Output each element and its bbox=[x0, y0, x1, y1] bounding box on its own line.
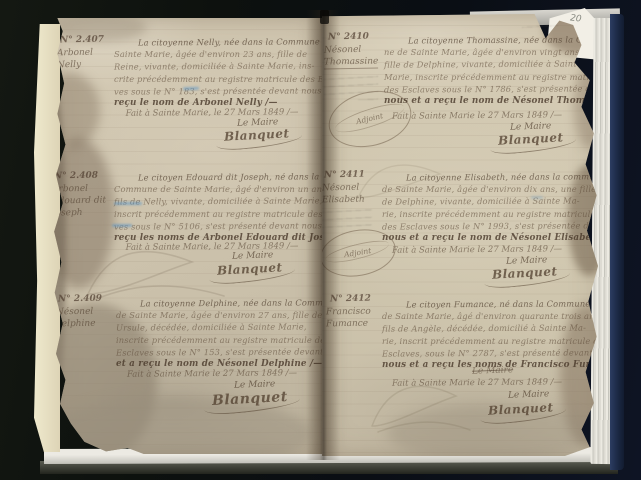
paraphe-text: Adjoint bbox=[344, 247, 372, 259]
entry-number: N° 2411 bbox=[324, 170, 365, 182]
manuscript-line: des Esclaves sous le N° 1993, s'est prés… bbox=[382, 219, 594, 232]
entry-margin-name: ArbonelNelly bbox=[57, 47, 93, 71]
manuscript-line: Ursule, décédée, domiciliée à Sainte Mar… bbox=[116, 321, 318, 334]
manuscript-line: La citoyenne Elisabeth, née dans la comm… bbox=[382, 170, 594, 183]
manuscript-line: fils de Nelly, vivante, domiciliée à Sai… bbox=[114, 195, 318, 208]
manuscript-line: fille de Delphine, vivante, domiciliée à… bbox=[384, 58, 596, 71]
manuscript-line: Thomassine bbox=[324, 56, 379, 70]
manuscript-line: Edouard dit bbox=[52, 195, 106, 208]
pencil-annotation bbox=[322, 209, 372, 229]
entry-margin-name: Nésoneldelphine bbox=[56, 306, 96, 330]
entry-number: N° 2412 bbox=[330, 294, 371, 306]
mayor-signature: Blanquet bbox=[217, 260, 283, 277]
entry-body: Le citoyen Fumance, né dans la Communede… bbox=[382, 298, 594, 371]
manuscript-line: crite précédemment au registre matricule… bbox=[114, 73, 318, 85]
mayor-signature: Blanquet bbox=[224, 126, 290, 143]
blue-pencil-mark bbox=[531, 196, 543, 199]
entry-margin-name: NésonelElisabeth bbox=[322, 182, 365, 206]
manuscript-line: fils de Angèle, décédée, domicilié à Sai… bbox=[382, 322, 594, 335]
manuscript-line: des Esclaves sous le N° 1786, s'est prés… bbox=[384, 82, 596, 95]
scanned-register-spread: N° 2.407 ArbonelNelly La citoyenne Nelly… bbox=[0, 0, 641, 480]
manuscript-line: inscrit précédemment au registre matricu… bbox=[114, 208, 318, 220]
entry-number: N° 2.408 bbox=[54, 171, 98, 183]
entry-closing: Fait à Sainte Marie, le 27 Mars 1849 /— bbox=[122, 241, 302, 254]
manuscript-line: Nésonel bbox=[322, 182, 365, 195]
manuscript-line: Francisco bbox=[326, 306, 371, 319]
entry-role-struck: Le Maire bbox=[472, 365, 514, 377]
entry-number: N° 2.409 bbox=[58, 294, 102, 306]
manuscript-line: de Delphine, vivante, domiciliée à Saint… bbox=[382, 195, 594, 208]
manuscript-line: Reine, vivante, domiciliée à Sainte Mari… bbox=[114, 60, 318, 73]
pencil-page-number: 20 bbox=[570, 13, 582, 24]
right-page: N° 2410 NésonelThomassine Adjoint La cit… bbox=[322, 14, 598, 456]
manuscript-line: Elisabeth bbox=[322, 194, 365, 207]
manuscript-line: ves sous le N° 183, s'est présentée deva… bbox=[114, 84, 318, 97]
manuscript-line: Nésonel bbox=[56, 306, 96, 319]
blue-pencil-mark bbox=[114, 202, 142, 205]
manuscript-line: delphine bbox=[56, 318, 96, 331]
blue-pencil-mark bbox=[112, 224, 132, 227]
manuscript-line: La citoyenne Nelly, née dans la Commune … bbox=[114, 35, 318, 48]
entry-body: Le citoyen Edouard dit Joseph, né dans l… bbox=[114, 171, 318, 244]
manuscript-line: ves sous le N° 5106, s'est présenté deva… bbox=[114, 219, 318, 232]
entry-number: N° 2.407 bbox=[60, 35, 104, 47]
manuscript-line: Nésonel bbox=[324, 44, 379, 57]
entry-margin-name: NésonelThomassine bbox=[324, 44, 378, 69]
entry-body: La citoyenne Delphine, née dans la Commu… bbox=[116, 297, 318, 370]
entry-body: La citoyenne Elisabeth, née dans la comm… bbox=[382, 171, 594, 244]
manuscript-line: La citoyenne Delphine, née dans la Commu… bbox=[116, 296, 318, 309]
manuscript-line: Le citoyen Edouard dit Joseph, né dans l… bbox=[114, 170, 318, 183]
entry-body: La citoyenne Nelly, née dans la Commune … bbox=[114, 36, 318, 109]
manuscript-line: Joseph bbox=[52, 207, 106, 220]
manuscript-line: rie, inscrite précédemment au registre m… bbox=[382, 208, 594, 220]
entry-margin-name: FranciscoFumance bbox=[326, 306, 371, 330]
manuscript-line: nous et a reçu le nom de Nésonel Elisabe… bbox=[382, 232, 594, 244]
manuscript-line: Le citoyen Fumance, né dans la Commune bbox=[382, 297, 594, 310]
entry-number: N° 2410 bbox=[328, 32, 369, 44]
mayor-signature: Blanquet bbox=[498, 130, 564, 147]
mayor-signature: Blanquet bbox=[492, 264, 558, 281]
manuscript-line: Esclaves sous le N° 153, s'est présentée… bbox=[116, 345, 318, 358]
manuscript-line: Arbonel bbox=[52, 183, 106, 196]
left-page: N° 2.407 ArbonelNelly La citoyenne Nelly… bbox=[52, 18, 322, 454]
entry-body: La citoyenne Thomassine, née dans la Com… bbox=[384, 34, 596, 107]
entry-closing: Fait à Sainte Marie le 27 Mars 1849 /— bbox=[377, 377, 577, 390]
blue-cover-edge bbox=[610, 14, 624, 470]
manuscript-line: rie, inscrit précédemment au registre ma… bbox=[382, 335, 594, 347]
manuscript-line: Marie, inscrite précédemment au registre… bbox=[384, 71, 596, 83]
manuscript-line: Esclaves, sous le N° 2787, s'est présent… bbox=[382, 346, 594, 359]
mayor-signature: Blanquet bbox=[488, 400, 554, 417]
pencil-annotation bbox=[522, 24, 558, 32]
manuscript-line: inscrite précédemment au registre matric… bbox=[116, 334, 318, 346]
mayor-signature: Blanquet bbox=[212, 390, 288, 408]
entry-margin-name: ArbonelEdouard ditJoseph bbox=[52, 183, 106, 219]
manuscript-line: La citoyenne Thomassine, née dans la Com… bbox=[384, 33, 596, 46]
blue-pencil-mark bbox=[183, 87, 199, 91]
manuscript-line: Fumance bbox=[326, 318, 371, 331]
manuscript-line: nous et a reçu le nom de Nésonel Thomass… bbox=[384, 95, 596, 107]
manuscript-line: Nelly bbox=[57, 59, 93, 72]
manuscript-line: Arbonel bbox=[57, 47, 93, 60]
